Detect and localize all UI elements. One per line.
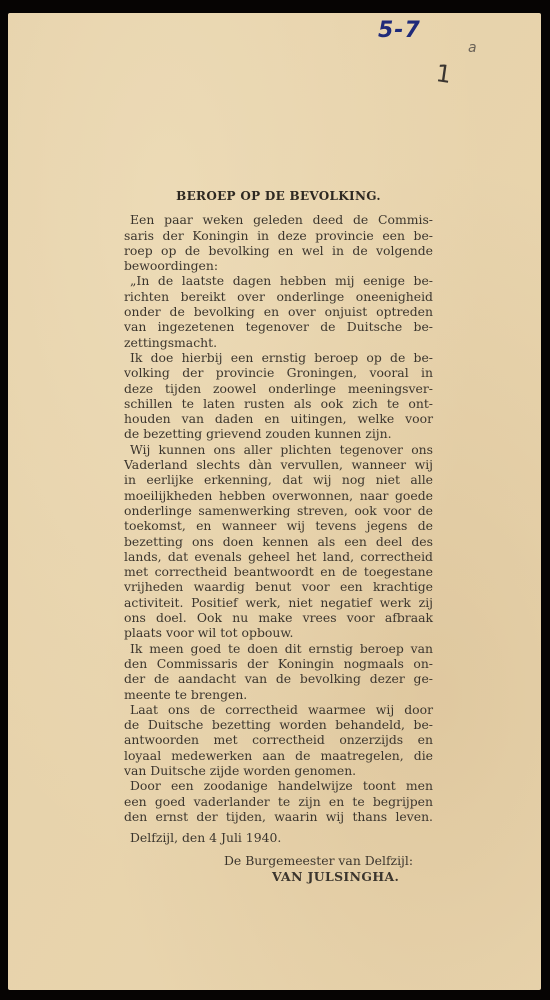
paragraph-1: Een paar weken geleden deed de Commis- s… bbox=[124, 212, 433, 273]
paragraph-4: Wij kunnen ons aller plichten tegenover … bbox=[124, 442, 433, 641]
text-line: volking der provincie Groningen, vooral … bbox=[124, 365, 433, 380]
text-line: van ingezetenen tegenover de Duitsche be… bbox=[124, 319, 433, 334]
paragraph-2: „In de laatste dagen hebben mij eenige b… bbox=[124, 273, 433, 349]
text-line: in eerlijke erkenning, dat wij nog niet … bbox=[124, 472, 433, 487]
text-line: „In de laatste dagen hebben mij eenige b… bbox=[124, 273, 433, 288]
text-line: bezetting ons doen kennen als een deel d… bbox=[124, 534, 433, 549]
handwritten-reference-number: 5-7 bbox=[378, 18, 421, 43]
text-line: met correctheid beantwoordt en de toeges… bbox=[124, 564, 433, 579]
text-line: houden van daden en uitingen, welke voor bbox=[124, 411, 433, 426]
text-line: vrijheden waardig benut voor een krachti… bbox=[124, 579, 433, 594]
signer-name: VAN JULSINGHA. bbox=[124, 869, 433, 884]
text-line: roep op de bevolking en wel in de volgen… bbox=[124, 243, 433, 258]
document-title: BEROEP OP DE BEVOLKING. bbox=[124, 189, 433, 204]
text-line: schillen te laten rusten als ook zich te… bbox=[124, 396, 433, 411]
text-line: Door een zoodanige handelwijze toont men bbox=[124, 778, 433, 793]
paragraph-6: Laat ons de correctheid waarmee wij door… bbox=[124, 702, 433, 778]
text-line: moeilijkheden hebben overwonnen, naar go… bbox=[124, 488, 433, 503]
text-line: deze tijden zoowel onderlinge meeningsve… bbox=[124, 381, 433, 396]
text-line: Ik doe hierbij een ernstig beroep op de … bbox=[124, 350, 433, 365]
text-line: van Duitsche zijde worden genomen. bbox=[124, 763, 433, 778]
text-line: saris der Koningin in deze provincie een… bbox=[124, 228, 433, 243]
text-line: meente te brengen. bbox=[124, 687, 433, 702]
place-and-date: Delfzijl, den 4 Juli 1940. bbox=[124, 830, 433, 845]
text-line: Ik meen goed te doen dit ernstig beroep … bbox=[124, 641, 433, 656]
text-line: antwoorden met correctheid onzerzijds en bbox=[124, 732, 433, 747]
handwritten-letter-a: a bbox=[468, 40, 477, 56]
text-line: toekomst, en wanneer wij tevens jegens d… bbox=[124, 518, 433, 533]
text-line: Wij kunnen ons aller plichten tegenover … bbox=[124, 442, 433, 457]
text-line: der de aandacht van de bevolking dezer g… bbox=[124, 671, 433, 686]
text-line: Vaderland slechts dàn vervullen, wanneer… bbox=[124, 457, 433, 472]
text-line: den Commissaris der Koningin nogmaals on… bbox=[124, 656, 433, 671]
text-line: onderlinge samenwerking streven, ook voo… bbox=[124, 503, 433, 518]
proclamation-text: BEROEP OP DE BEVOLKING. Een paar weken g… bbox=[124, 189, 433, 884]
text-line: de Duitsche bezetting worden behandeld, … bbox=[124, 717, 433, 732]
closing-block: Delfzijl, den 4 Juli 1940. De Burgemeest… bbox=[124, 830, 433, 884]
text-line: Laat ons de correctheid waarmee wij door bbox=[124, 702, 433, 717]
text-line: de bezetting grievend zouden kunnen zijn… bbox=[124, 426, 433, 441]
text-line: loyaal medewerken aan de maatregelen, di… bbox=[124, 748, 433, 763]
paragraph-3: Ik doe hierbij een ernstig beroep op de … bbox=[124, 350, 433, 442]
text-line: plaats voor wil tot opbouw. bbox=[124, 625, 433, 640]
text-line: ons doel. Ook nu make vrees voor afbraak bbox=[124, 610, 433, 625]
text-line: den ernst der tijden, waarin wij thans l… bbox=[124, 809, 433, 824]
paragraph-7: Door een zoodanige handelwijze toont men… bbox=[124, 778, 433, 824]
text-line: een goed vaderlander te zijn en te begri… bbox=[124, 794, 433, 809]
signoff-title: De Burgemeester van Delfzijl: bbox=[124, 853, 433, 868]
text-line: bewoordingen: bbox=[124, 258, 433, 273]
text-line: lands, dat evenals geheel het land, corr… bbox=[124, 549, 433, 564]
text-line: Een paar weken geleden deed de Commis- bbox=[124, 212, 433, 227]
text-line: richten bereikt over onderlinge oneenigh… bbox=[124, 289, 433, 304]
text-line: zettingsmacht. bbox=[124, 335, 433, 350]
text-line: activiteit. Positief werk, niet negatief… bbox=[124, 595, 433, 610]
text-line: onder de bevolking en over onjuist optre… bbox=[124, 304, 433, 319]
paragraph-5: Ik meen goed te doen dit ernstig beroep … bbox=[124, 641, 433, 702]
